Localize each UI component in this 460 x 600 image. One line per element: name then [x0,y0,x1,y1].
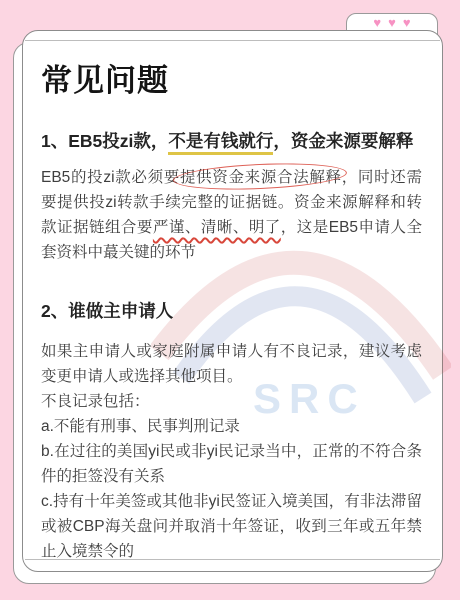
question-1-heading-highlight: 不是有钱就行 [168,131,273,155]
question-2-heading: 2、谁做主申请人 [41,299,422,323]
question-1-heading: 1、EB5投zi款，不是有钱就行，资金来源要解释 [41,129,422,153]
heart-icon: ♥ [403,16,411,29]
question-2-paragraph: 如果主申请人或家庭附属申请人有不良记录，建议考虑变更申请人或选择其他项目。 [41,339,422,389]
red-circle-annotation: 提供资金来源合法解释 [180,169,342,186]
heart-icon: ♥ [373,16,381,29]
question-1-body: EB5的投zi款必须要提供资金来源合法解释，同时还需要提供投zi转款手续完整的证… [41,165,422,265]
question-2-paragraph: 不良记录包括： [41,389,422,414]
question-1-heading-pre: 1、EB5投zi款， [41,131,168,151]
question-1-heading-post: ，资金来源要解释 [273,131,413,151]
question-2-paragraph: c.持有十年美签或其他非yi民签证入境美国，有非法滞留或被CBP海关盘问并取消十… [41,489,422,564]
heart-icon: ♥ [388,16,396,29]
red-wavy-annotation: 严谨、清晰、明了 [153,219,281,236]
page-title: 常见问题 [41,61,422,101]
question-2-paragraph: a.不能有刑事、民事判刑记录 [41,414,422,439]
card-content: 常见问题 1、EB5投zi款，不是有钱就行，资金来源要解释 EB5的投zi款必须… [23,31,442,571]
page-background: ♥ ♥ ♥ SRC 常见问题 1、EB5投zi款，不是有钱就行，资金来源要解释 … [0,0,460,600]
question-2-paragraph: b.在过往的美国yi民或非yi民记录当中，正常的不符合条件的拒签没有关系 [41,439,422,489]
body-text: EB5的投zi款必须要 [41,169,180,186]
faq-card: SRC 常见问题 1、EB5投zi款，不是有钱就行，资金来源要解释 EB5的投z… [22,30,443,572]
